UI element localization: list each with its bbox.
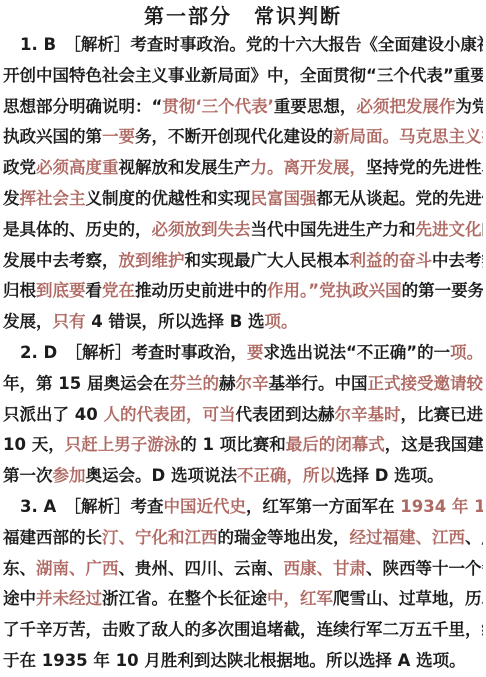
text-line: 只派出了 40 人的代表团，可当代表团到达赫尔辛基时，比赛已进行了 <box>3 400 483 431</box>
text-run: 爬雪山、过草地，历尽 <box>333 589 483 608</box>
text-run: 了千辛万苦，击败了敌人的多次围追堵截，连续行军二万五千里，终 <box>3 620 483 639</box>
text-line: 了千辛万苦，击败了敌人的多次围追堵截，连续行军二万五千里，终 <box>3 615 483 646</box>
text-line: 3. A ［解析］考查中国近代史，红军第一方面军在 1934 年 10 月从 <box>3 492 483 523</box>
text-line: 思想部分明确说明：“贯彻‘三个代表’重要思想，必须把发展作为党 <box>3 92 483 123</box>
text-run: 、陕西等十一个省， <box>366 559 483 578</box>
faded-text-run: 最后的闭幕式 <box>286 435 385 454</box>
faded-text-run: 中，红军 <box>267 589 333 608</box>
text-run: 求选出说法“不正确”的一 <box>263 343 450 362</box>
text-run: 推动历史前进中的 <box>135 281 267 300</box>
text-run: 发 <box>3 189 20 208</box>
text-run: 、贵州、四川、云南、 <box>119 559 284 578</box>
faded-text-run: 中国近代史 <box>164 497 247 516</box>
faded-text-run: 只有 <box>53 312 86 331</box>
text-run: 都无从谈起。党的先进性 <box>317 189 484 208</box>
text-run: 发展， <box>3 312 53 331</box>
text-line: 途中并未经过浙江省。在整个长征途中，红军爬雪山、过草地，历尽 <box>3 584 483 615</box>
faded-text-run: 利益的奋斗 <box>350 251 433 270</box>
answer-paragraph: 2. D ［解析］考查时事政治，要求选出说法“不正确”的一项。1952年，第 1… <box>3 338 483 492</box>
answer-paragraph: 3. A ［解析］考查中国近代史，红军第一方面军在 1934 年 10 月从福建… <box>3 492 483 677</box>
text-run: ，这是我国建国后 <box>385 435 483 454</box>
text-line: 2. D ［解析］考查时事政治，要求选出说法“不正确”的一项。1952 <box>3 338 483 369</box>
faded-text-run: 力。离开发展， <box>251 158 367 177</box>
text-line: 发展中去考察，放到维护和实现最广大人民根本利益的奋斗中去考察， <box>3 246 483 277</box>
text-run: 于在 1935 年 10 月胜利到达陕北根据地。所以选择 A 选项。 <box>3 651 466 670</box>
text-line: 10 天，只赶上男子游泳的 1 项比赛和最后的闭幕式，这是我国建国后 <box>3 430 483 461</box>
text-run: 思想部分明确说明：“ <box>3 97 162 116</box>
text-run: 开创中国特色社会主义事业新局面》中，全面贯彻“三个代表”重要 <box>3 66 483 85</box>
text-run: 的 1 项比赛和 <box>180 435 285 454</box>
text-run: 的瑞金等地出发， <box>218 528 350 547</box>
text-run: 3. A ［解析］考查 <box>20 497 164 516</box>
text-run: 赫 <box>219 374 236 393</box>
text-run: 义制度的优越性和实现 <box>86 189 251 208</box>
text-run: 年，第 15 届奥运会在 <box>3 374 169 393</box>
text-run: 2. D ［解析］考查时事政治， <box>20 343 247 362</box>
faded-text-run: 项。 <box>265 312 298 331</box>
text-line: 发挥社会主义制度的优越性和实现民富国强都无从谈起。党的先进性 <box>3 184 483 215</box>
text-run: 和实现最广大人民根本 <box>185 251 350 270</box>
text-line: 发展，只有 4 错误，所以选择 B 选项。 <box>3 307 483 338</box>
faded-text-run: 汀、宁化和江西 <box>102 528 218 547</box>
faded-text-run: 贯彻‘三个代表’ <box>162 97 274 116</box>
text-run: 选择 D 选项。 <box>336 466 444 485</box>
text-line: 年，第 15 届奥运会在芬兰的赫尔辛基举行。中国正式接受邀请较晚， <box>3 369 483 400</box>
text-run: 政党 <box>3 158 36 177</box>
text-run: 浙江省。在整个长征途 <box>102 589 267 608</box>
text-run: 发展中去考察， <box>3 251 119 270</box>
text-line: 福建西部的长汀、宁化和江西的瑞金等地出发，经过福建、江西、广 <box>3 523 483 554</box>
scanned-answer-page: 第一部分 常识判断 1. B ［解析］考查时事政治。党的十六大报告《全面建设小康… <box>0 0 486 677</box>
text-line: 于在 1935 年 10 月胜利到达陕北根据地。所以选择 A 选项。 <box>3 646 483 677</box>
faded-text-run: 挥社会主 <box>20 189 86 208</box>
text-run: ，红军第一方面军在 <box>246 497 395 516</box>
faded-text-run: 尔辛基时 <box>334 405 400 424</box>
faded-text-run: 只赶上男子游泳 <box>65 435 181 454</box>
faded-text-run: 不正确，所以 <box>237 466 336 485</box>
text-run: 基举行。中国 <box>268 374 367 393</box>
text-run: 途中 <box>3 589 36 608</box>
faded-text-run: 芬兰的 <box>169 374 219 393</box>
text-run: 中去考察， <box>432 251 483 270</box>
text-run: 是具体的、历史的， <box>3 220 152 239</box>
text-run: 10 天， <box>3 435 65 454</box>
text-line: 政党必须高度重视解放和发展生产力。离开发展，坚持党的先进性、 <box>3 153 483 184</box>
text-line: 执政兴国的第一要务，不断开创现代化建设的新局面。马克思主义执 <box>3 122 483 153</box>
faded-text-run: 先进文化 <box>416 220 482 239</box>
faded-text-run: 正式接受邀请较晚， <box>367 374 483 393</box>
faded-text-run: 放到维护 <box>119 251 185 270</box>
faded-text-run: 一要 <box>102 127 135 146</box>
section-title: 第一部分 常识判断 <box>0 2 486 30</box>
text-run: 4 错误，所以选择 B 选 <box>86 312 265 331</box>
text-line: 东、湖南、广西、贵州、四川、云南、西康、甘肃、陕西等十一个省， <box>3 554 483 585</box>
text-run: 看 <box>86 281 103 300</box>
text-run: 代表团到达赫 <box>235 405 334 424</box>
text-run: 的第一要务是 <box>402 281 483 300</box>
text-run: 只派出了 40 <box>3 405 103 424</box>
faded-text-run: 人的代表团，可当 <box>103 405 235 424</box>
faded-text-run: 民富国强 <box>251 189 317 208</box>
text-run: 的 <box>482 220 484 239</box>
text-run: 福建西部的长 <box>3 528 102 547</box>
text-run: 第一次 <box>3 466 53 485</box>
faded-text-run: 作用。”党执政兴国 <box>267 281 402 300</box>
faded-text-run: 要 <box>247 343 264 362</box>
text-run: 、广 <box>465 528 483 547</box>
faded-text-run: 1934 年 10 <box>395 497 483 516</box>
text-run: 坚持党的先进性、 <box>366 158 483 177</box>
faded-text-run: 并未经过 <box>36 589 102 608</box>
faded-text-run: 必须把发展作 <box>356 97 455 116</box>
faded-text-run: 新局面。马克思主义执 <box>333 127 483 146</box>
text-run: 奥运会。D 选项说法 <box>86 466 237 485</box>
faded-text-run: 尔辛 <box>235 374 268 393</box>
text-run: 重要思想， <box>274 97 357 116</box>
faded-text-run: 必须高度重 <box>36 158 119 177</box>
answer-paragraph: 1. B ［解析］考查时事政治。党的十六大报告《全面建设小康社会，开创中国特色社… <box>3 30 483 338</box>
text-run: 归根 <box>3 281 36 300</box>
text-line: 归根到底要看党在推动历史前进中的作用。”党执政兴国的第一要务是 <box>3 276 483 307</box>
faded-text-run: 党在 <box>102 281 135 300</box>
text-run: 执政兴国的第 <box>3 127 102 146</box>
faded-text-run: 必须放到失去 <box>152 220 251 239</box>
text-run: 务，不断开创现代化建设的 <box>135 127 333 146</box>
text-run: ，比赛已进行了 <box>400 405 483 424</box>
text-line: 开创中国特色社会主义事业新局面》中，全面贯彻“三个代表”重要 <box>3 61 483 92</box>
text-run: 为党 <box>455 97 483 116</box>
text-run: 当代中国先进生产力和 <box>251 220 416 239</box>
faded-text-run: 到底要 <box>36 281 86 300</box>
text-run: 视解放和发展生产 <box>119 158 251 177</box>
text-run: 东、 <box>3 559 36 578</box>
text-line: 第一次参加奥运会。D 选项说法不正确，所以选择 D 选项。 <box>3 461 483 492</box>
faded-text-run: 湖南、广西 <box>36 559 119 578</box>
text-line: 是具体的、历史的，必须放到失去当代中国先进生产力和先进文化的 <box>3 215 483 246</box>
faded-text-run: 参加 <box>53 466 86 485</box>
faded-text-run: 经过福建、江西 <box>350 528 466 547</box>
document-body: 1. B ［解析］考查时事政治。党的十六大报告《全面建设小康社会，开创中国特色社… <box>0 30 486 677</box>
text-run: 1. B ［解析］考查时事政治。党的十六大报告《全面建设小康社会， <box>20 35 483 54</box>
faded-text-run: 项。 <box>450 343 483 362</box>
faded-text-run: 西康、甘肃 <box>284 559 367 578</box>
text-line: 1. B ［解析］考查时事政治。党的十六大报告《全面建设小康社会， <box>3 30 483 61</box>
